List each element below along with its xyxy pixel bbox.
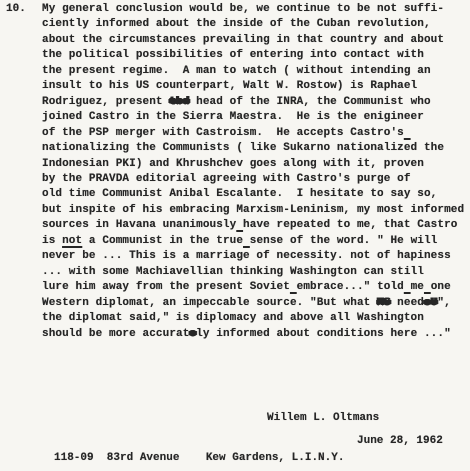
document-line: of the PSP merger with Castroism. He acc… (42, 126, 469, 141)
document-line: never be ... This is a marriage of neces… (42, 249, 469, 264)
document-line: Western diplomat, an impeccable source. … (42, 296, 469, 311)
text-segment: by the PRAVDA editorial agreeing with Ca… (42, 173, 411, 185)
document-line: Indonesian PKI) and Khrushchev goes alon… (42, 157, 469, 172)
signature-name: Willem L. Oltmans (267, 412, 379, 424)
text-segment: sources in Havana unanimously (42, 219, 236, 231)
text-segment: sense of the word. " He will (250, 235, 438, 247)
text-segment: a Communist in the true (82, 235, 243, 247)
document-line: nationalizing the Communists ( like Suka… (42, 141, 469, 156)
text-segment: is (42, 235, 62, 247)
text-segment: have repeated to me, that Castro (243, 219, 457, 231)
document-line: the diplomat said," is diplomacy and abo… (42, 311, 469, 326)
document-line: ... with some Machiavellian thinking Was… (42, 265, 469, 280)
underlined-text (243, 235, 250, 247)
document-line: by the PRAVDA editorial agreeing with Ca… (42, 172, 469, 187)
underlined-text (404, 281, 411, 293)
text-segment: ly informed about conditions here ..." (196, 328, 451, 340)
document-line: Rodriguez, present tbd head of the INRA,… (42, 95, 469, 110)
document-line: the political possibilities of entering … (42, 48, 469, 63)
text-segment: head of the INRA, the Communist who (189, 96, 430, 108)
text-segment: of the PSP merger with Castroism. He acc… (42, 127, 404, 139)
text-segment: old time Communist Anibal Escalante. I h… (42, 188, 437, 200)
document-line: joined Castro in the Sierra Maestra. He … (42, 110, 469, 125)
document-line: sources in Havana unanimously have repea… (42, 218, 469, 233)
text-segment: ... with some Machiavellian thinking Was… (42, 266, 424, 278)
underlined-text: not (62, 235, 82, 247)
document-line: insult to his US counterpart, Walt W. Ro… (42, 79, 469, 94)
text-segment: me (411, 281, 424, 293)
document-line: about the circumstances prevailing in th… (42, 33, 469, 48)
text-segment: the present regime. A man to watch ( wit… (42, 65, 431, 77)
document-line: is not a Communist in the true sense of … (42, 234, 469, 249)
text-segment: one (431, 281, 451, 293)
underlined-text (424, 281, 431, 293)
text-segment: Rodriguez, present (42, 96, 169, 108)
text-segment: need (390, 297, 424, 309)
text-segment: nationalizing the Communists ( like Suka… (42, 142, 444, 154)
text-segment: ciently informed about the inside of the… (42, 18, 431, 30)
underlined-text (404, 127, 411, 139)
overstruck-text: sU (424, 297, 437, 309)
text-segment: Indonesian PKI) and Khrushchev goes alon… (42, 158, 424, 170)
address-line: 118-09 83rd Avenue Kew Gardens, L.I.N.Y. (54, 452, 344, 464)
document-line: should be more accurately informed about… (42, 327, 469, 342)
overstruck-text: tbd (169, 96, 189, 108)
document-line: the present regime. A man to watch ( wit… (42, 64, 469, 79)
document-page: 10. My general conclusion would be, we c… (0, 0, 470, 471)
document-line: old time Communist Anibal Escalante. I h… (42, 187, 469, 202)
text-segment: but inspite of his embracing Marxism-Len… (42, 204, 464, 216)
text-segment: should be more accurat (42, 328, 189, 340)
text-segment: about the circumstances prevailing in th… (42, 34, 444, 46)
item-number: 10. (6, 2, 42, 17)
text-segment: never be ... This is a marriage of neces… (42, 250, 451, 262)
document-line: ciently informed about the inside of the… (42, 17, 469, 32)
text-segment: joined Castro in the Sierra Maestra. He … (42, 111, 424, 123)
paragraph-block: 10. My general conclusion would be, we c… (6, 2, 469, 342)
text-segment: Western diplomat, an impeccable source. … (42, 297, 377, 309)
text-segment: My general conclusion would be, we conti… (42, 3, 444, 15)
text-segment: lure him away from the present Soviet (42, 281, 290, 293)
document-line: My general conclusion would be, we conti… (42, 2, 469, 17)
text-segment: insult to his US counterpart, Walt W. Ro… (42, 80, 417, 92)
text-segment: ", (437, 297, 450, 309)
text-segment: the diplomat said," is diplomacy and abo… (42, 312, 424, 324)
text-segment: embrace..." told (297, 281, 404, 293)
underlined-text (290, 281, 297, 293)
signature-date: June 28, 1962 (357, 435, 443, 447)
document-line: but inspite of his embracing Marxism-Len… (42, 203, 469, 218)
text-segment: the political possibilities of entering … (42, 49, 424, 61)
overstruck-text: MS (377, 297, 390, 309)
document-line: lure him away from the present Soviet em… (42, 280, 469, 295)
paragraph: My general conclusion would be, we conti… (42, 2, 469, 342)
